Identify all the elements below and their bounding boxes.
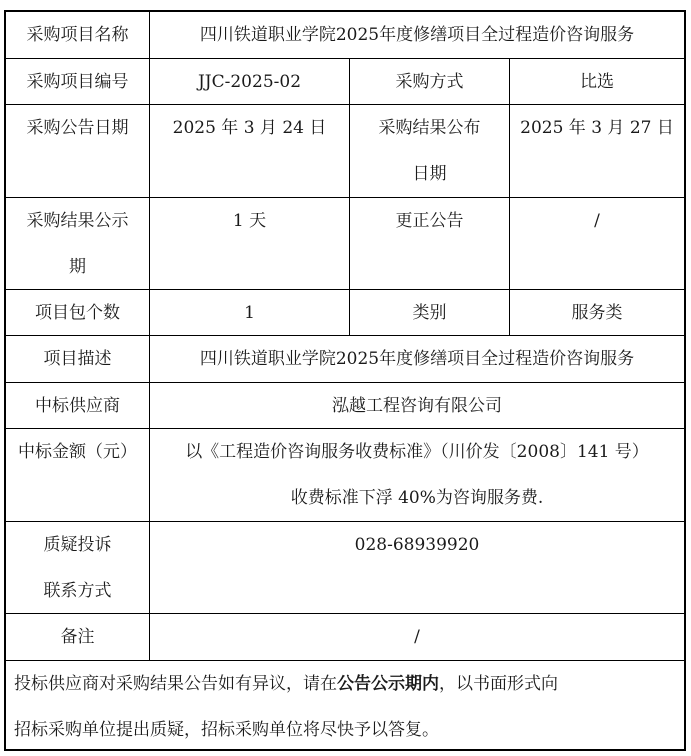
label-publicity-period-line1: 采购结果公示 [6, 198, 149, 244]
label-result-publish-date-line1: 采购结果公布 [350, 105, 509, 151]
value-announcement-date-text: 2025 年 3 月 24 日 [150, 105, 349, 151]
value-winning-amount: 以《工程造价咨询服务收费标准》（川价发〔2008〕141 号） 收费标准下浮 4… [150, 429, 684, 522]
value-project-name: 四川铁道职业学院2025年度修缮项目全过程造价咨询服务 [150, 12, 684, 59]
value-category: 服务类 [510, 290, 684, 336]
label-publicity-period-line2: 期 [6, 244, 149, 290]
label-correction-notice-text: 更正公告 [350, 198, 509, 244]
value-remarks: / [150, 614, 684, 661]
label-category: 类别 [350, 290, 510, 336]
objection-notice-emphasis: 公告公示期内 [337, 674, 439, 694]
label-result-publish-date: 采购结果公布 日期 [350, 105, 510, 198]
complaint-phone: 028-68939920 [150, 522, 684, 568]
value-result-publish-date: 2025 年 3 月 27 日 [510, 105, 684, 198]
objection-notice: 投标供应商对采购结果公告如有异议，请在公告公示期内，以书面形式向 招标采购单位提… [6, 661, 684, 749]
value-result-publish-date-text: 2025 年 3 月 27 日 [510, 105, 684, 151]
value-winning-amount-line2: 收费标准下浮 40%为咨询服务费. [150, 475, 684, 521]
label-winning-supplier: 中标供应商 [6, 383, 150, 429]
value-package-count: 1 [150, 290, 350, 336]
label-winning-amount: 中标金额（元） [6, 429, 150, 522]
label-winning-amount-text: 中标金额（元） [6, 429, 149, 475]
objection-notice-part2: ，以书面形式向 [439, 674, 558, 694]
label-result-publish-date-line2: 日期 [350, 151, 509, 197]
label-publicity-period: 采购结果公示 期 [6, 198, 150, 290]
value-winning-supplier: 泓越工程咨询有限公司 [150, 383, 684, 429]
value-project-number: JJC-2025-02 [150, 59, 350, 105]
value-publicity-period-text: 1 天 [150, 198, 349, 244]
value-complaint-contact: 028-68939920 [150, 522, 684, 614]
label-procurement-method: 采购方式 [350, 59, 510, 105]
objection-notice-line2: 招标采购单位提出质疑，招标采购单位将尽快予以答复。 [14, 707, 684, 749]
label-complaint-contact-line1: 质疑投诉 [6, 522, 149, 568]
procurement-result-table: 采购项目名称 四川铁道职业学院2025年度修缮项目全过程造价咨询服务 采购项目编… [4, 10, 686, 751]
value-publicity-period: 1 天 [150, 198, 350, 290]
value-procurement-method: 比选 [510, 59, 684, 105]
value-correction-notice: / [510, 198, 684, 290]
value-project-description: 四川铁道职业学院2025年度修缮项目全过程造价咨询服务 [150, 336, 684, 383]
value-winning-amount-line1: 以《工程造价咨询服务收费标准》（川价发〔2008〕141 号） [150, 429, 684, 475]
label-project-name: 采购项目名称 [6, 12, 150, 59]
label-project-number: 采购项目编号 [6, 59, 150, 105]
objection-notice-part1: 投标供应商对采购结果公告如有异议，请在 [14, 674, 337, 694]
label-announcement-date-text: 采购公告日期 [6, 105, 149, 151]
label-correction-notice: 更正公告 [350, 198, 510, 290]
value-announcement-date: 2025 年 3 月 24 日 [150, 105, 350, 198]
label-complaint-contact: 质疑投诉 联系方式 [6, 522, 150, 614]
label-remarks: 备注 [6, 614, 150, 661]
label-package-count: 项目包个数 [6, 290, 150, 336]
label-complaint-contact-line2: 联系方式 [6, 568, 149, 614]
value-correction-notice-text: / [510, 198, 684, 244]
label-announcement-date: 采购公告日期 [6, 105, 150, 198]
label-project-description: 项目描述 [6, 336, 150, 383]
objection-notice-line1: 投标供应商对采购结果公告如有异议，请在公告公示期内，以书面形式向 [14, 661, 684, 707]
